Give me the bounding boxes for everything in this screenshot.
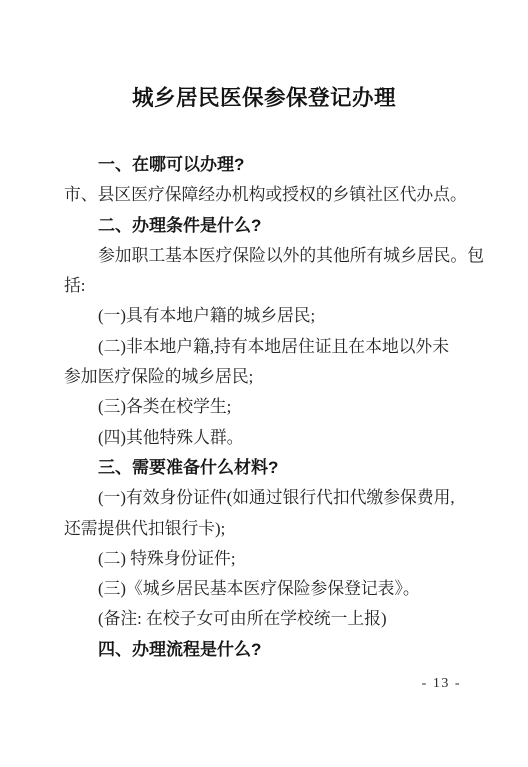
- text-line: (一)有效身份证件(如通过银行代扣代缴参保费用,: [64, 483, 468, 513]
- document-body: 一、在哪可以办理?市、县区医疗保障经办机构或授权的乡镇社区代办点。二、办理条件是…: [64, 150, 468, 665]
- document-page: 城乡居民医保参保登记办理 一、在哪可以办理?市、县区医疗保障经办机构或授权的乡镇…: [0, 0, 528, 767]
- page-number: - 13 -: [422, 676, 461, 692]
- section-heading: 三、需要准备什么材料?: [64, 453, 468, 483]
- text-line: (二) 特殊身份证件;: [64, 544, 468, 574]
- section-heading: 一、在哪可以办理?: [64, 150, 468, 180]
- text-line: (备注: 在校子女可由所在学校统一上报): [64, 604, 468, 634]
- text-line: 参加职工基本医疗保险以外的其他所有城乡居民。包: [64, 241, 468, 271]
- section-heading: 四、办理流程是什么?: [64, 635, 468, 665]
- text-line: (二)非本地户籍,持有本地居住证且在本地以外未: [64, 332, 468, 362]
- text-line: 市、县区医疗保障经办机构或授权的乡镇社区代办点。: [64, 180, 468, 210]
- text-line: (四)其他特殊人群。: [64, 423, 468, 453]
- text-line: 还需提供代扣银行卡);: [64, 514, 468, 544]
- document-title: 城乡居民医保参保登记办理: [0, 81, 528, 112]
- text-line: (三)各类在校学生;: [64, 392, 468, 422]
- text-line: (三)《城乡居民基本医疗保险参保登记表》。: [64, 574, 468, 604]
- text-line: 括:: [64, 271, 468, 301]
- text-line: 参加医疗保险的城乡居民;: [64, 362, 468, 392]
- text-line: (一)具有本地户籍的城乡居民;: [64, 301, 468, 331]
- section-heading: 二、办理条件是什么?: [64, 211, 468, 241]
